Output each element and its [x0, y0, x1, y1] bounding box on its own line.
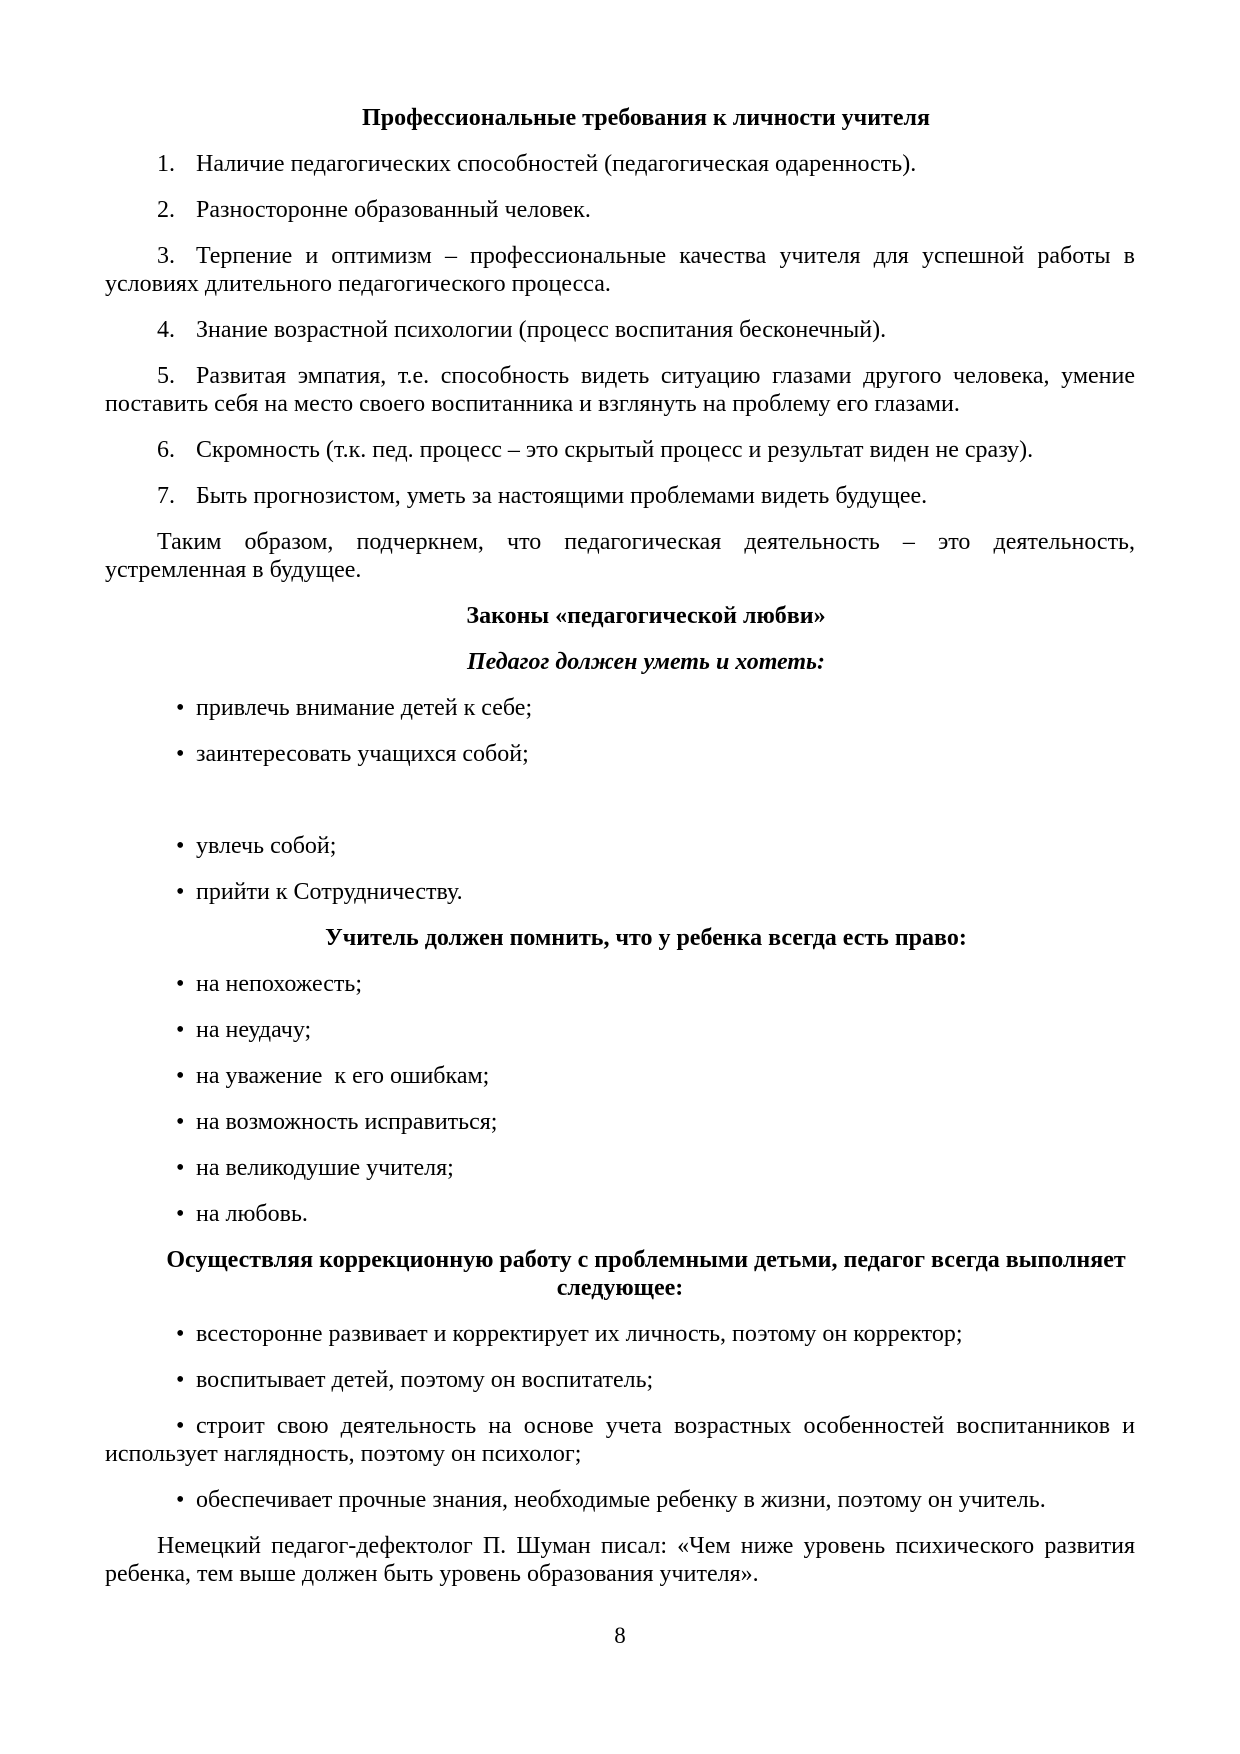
bullet-marker: • [176, 1412, 196, 1440]
bullet-marker: • [176, 694, 196, 722]
bullet-marker: • [176, 1320, 196, 1348]
item-text: Скромность (т.к. пед. процесс – это скры… [196, 437, 1033, 463]
bullet-text: на возможность исправиться; [196, 1109, 497, 1135]
bullet-text: на непохожесть; [196, 971, 362, 997]
item-text: Знание возрастной психологии (процесс во… [196, 317, 886, 343]
bullet-text: строит свою деятельность на основе учета… [105, 1413, 1135, 1467]
item-text: Наличие педагогических способностей (пед… [196, 151, 916, 177]
bullet-item: •заинтересовать учащихся собой; [105, 740, 1135, 768]
bullet-marker: • [176, 1016, 196, 1044]
bullet-marker: • [176, 1154, 196, 1182]
item-number: 1. [157, 150, 196, 178]
numbered-item: 2.Разносторонне образованный человек. [105, 196, 1135, 224]
bullet-marker: • [176, 1200, 196, 1228]
summary-paragraph: Таким образом, подчеркнем, что педагогич… [105, 528, 1135, 584]
bullet-marker: • [176, 1062, 196, 1090]
section-heading-correction: Осуществляя коррекционную работу с пробл… [105, 1246, 1135, 1302]
bullet-item: •на уважение к его ошибкам; [105, 1062, 1135, 1090]
bullet-item: •прийти к Сотрудничеству. [105, 878, 1135, 906]
bullet-item: •на возможность исправиться; [105, 1108, 1135, 1136]
quote-paragraph: Немецкий педагог-дефектолог П. Шуман пис… [105, 1532, 1135, 1588]
section-subheading-laws: Педагог должен уметь и хотеть: [105, 648, 1135, 676]
bullet-text: на великодушие учителя; [196, 1155, 454, 1181]
bullet-text: заинтересовать учащихся собой; [196, 741, 529, 767]
numbered-item: 4.Знание возрастной психологии (процесс … [105, 316, 1135, 344]
blank-line [105, 786, 1135, 832]
section-heading-laws: Законы «педагогической любви» [105, 602, 1135, 630]
bullet-text: на любовь. [196, 1201, 308, 1227]
bullet-marker: • [176, 1486, 196, 1514]
bullet-text: всесторонне развивает и корректирует их … [196, 1321, 963, 1347]
bullet-item: •на великодушие учителя; [105, 1154, 1135, 1182]
bullet-marker: • [176, 970, 196, 998]
bullet-text: на неудачу; [196, 1017, 311, 1043]
numbered-item: 3.Терпение и оптимизм – профессиональные… [105, 242, 1135, 298]
bullet-item: •на неудачу; [105, 1016, 1135, 1044]
bullet-text: воспитывает детей, поэтому он воспитател… [196, 1367, 653, 1393]
bullet-item: •обеспечивает прочные знания, необходимы… [105, 1486, 1135, 1514]
item-text: Терпение и оптимизм – профессиональные к… [105, 243, 1135, 297]
bullet-marker: • [176, 1108, 196, 1136]
numbered-item: 7.Быть прогнозистом, уметь за настоящими… [105, 482, 1135, 510]
item-number: 3. [157, 242, 196, 270]
item-text: Быть прогнозистом, уметь за настоящими п… [196, 483, 927, 509]
bullet-item: •строит свою деятельность на основе учет… [105, 1412, 1135, 1468]
numbered-item: 1.Наличие педагогических способностей (п… [105, 150, 1135, 178]
bullet-text: привлечь внимание детей к себе; [196, 695, 532, 721]
item-number: 6. [157, 436, 196, 464]
bullet-text: на уважение к его ошибкам; [196, 1063, 489, 1089]
bullet-item: •увлечь собой; [105, 832, 1135, 860]
bullet-item: •на любовь. [105, 1200, 1135, 1228]
item-number: 2. [157, 196, 196, 224]
numbered-item: 6.Скромность (т.к. пед. процесс – это ск… [105, 436, 1135, 464]
bullet-marker: • [176, 1366, 196, 1394]
item-number: 4. [157, 316, 196, 344]
bullet-marker: • [176, 832, 196, 860]
section-heading-rights: Учитель должен помнить, что у ребенка вс… [105, 924, 1135, 952]
bullet-item: •на непохожесть; [105, 970, 1135, 998]
numbered-item: 5.Развитая эмпатия, т.е. способность вид… [105, 362, 1135, 418]
bullet-item: •всесторонне развивает и корректирует их… [105, 1320, 1135, 1348]
document-title: Профессиональные требования к личности у… [105, 104, 1135, 132]
bullet-text: обеспечивает прочные знания, необходимые… [196, 1487, 1046, 1513]
bullet-text: прийти к Сотрудничеству. [196, 879, 463, 905]
bullet-marker: • [176, 740, 196, 768]
item-number: 5. [157, 362, 196, 390]
item-text: Развитая эмпатия, т.е. способность видет… [105, 363, 1135, 417]
bullet-item: •привлечь внимание детей к себе; [105, 694, 1135, 722]
bullet-text: увлечь собой; [196, 833, 336, 859]
bullet-marker: • [176, 878, 196, 906]
page-number: 8 [0, 1622, 1240, 1650]
bullet-item: •воспитывает детей, поэтому он воспитате… [105, 1366, 1135, 1394]
item-number: 7. [157, 482, 196, 510]
document-page: Профессиональные требования к личности у… [105, 104, 1135, 1606]
item-text: Разносторонне образованный человек. [196, 197, 591, 223]
